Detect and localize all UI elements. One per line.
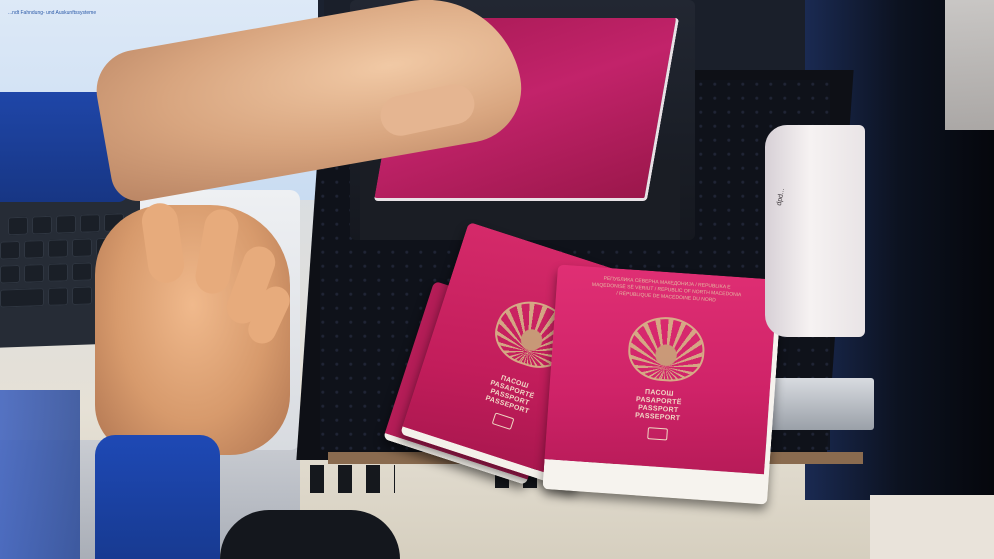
keyboard-key xyxy=(72,286,92,305)
desk-corner xyxy=(870,495,994,559)
keyboard-key xyxy=(8,217,28,236)
wall-edge xyxy=(945,0,994,130)
passport-label: ПАСОШ PASAPORTË PASSPORT PASSEPORT xyxy=(612,387,704,425)
blue-sleeve-lower xyxy=(95,435,220,559)
keyboard-key xyxy=(0,241,20,260)
photo-scene: ...ndt Fahndung- und Auskunftssysteme xyxy=(0,0,994,559)
keyboard-key xyxy=(56,215,76,234)
blurred-sleeve xyxy=(0,390,80,559)
keyboard-key xyxy=(24,240,44,259)
biometric-chip-icon xyxy=(492,412,515,430)
desk-cutout xyxy=(220,510,400,559)
passport-front: РЕПУБЛИКА СЕВЕРНА МАКЕДОНИЈА / REPUBLIKA… xyxy=(542,264,782,504)
keyboard-key xyxy=(48,287,68,306)
keyboard-key xyxy=(0,265,20,284)
white-device xyxy=(765,125,865,337)
coat-of-arms-icon xyxy=(626,315,706,384)
passport-country-header: РЕПУБЛИКА СЕВЕРНА МАКЕДОНИЈА / REPUBLIKA… xyxy=(591,275,742,306)
keyboard-key xyxy=(80,214,100,233)
keyboard-key xyxy=(72,262,92,281)
monitor-text: ...ndt Fahndung- und Auskunftssysteme xyxy=(8,10,96,16)
keyboard-key xyxy=(72,238,92,257)
biometric-chip-icon xyxy=(647,427,668,440)
keyboard-key xyxy=(48,263,68,282)
finger xyxy=(140,201,187,285)
keyboard-key xyxy=(24,264,44,283)
passport-label: ПАСОШ PASAPORTË PASSPORT PASSEPORT xyxy=(463,365,558,423)
keyboard-key xyxy=(32,216,52,235)
keyboard-key xyxy=(0,288,44,308)
tray-clips xyxy=(310,465,395,493)
keyboard-key xyxy=(48,239,68,258)
hand-on-mouse xyxy=(95,205,290,455)
